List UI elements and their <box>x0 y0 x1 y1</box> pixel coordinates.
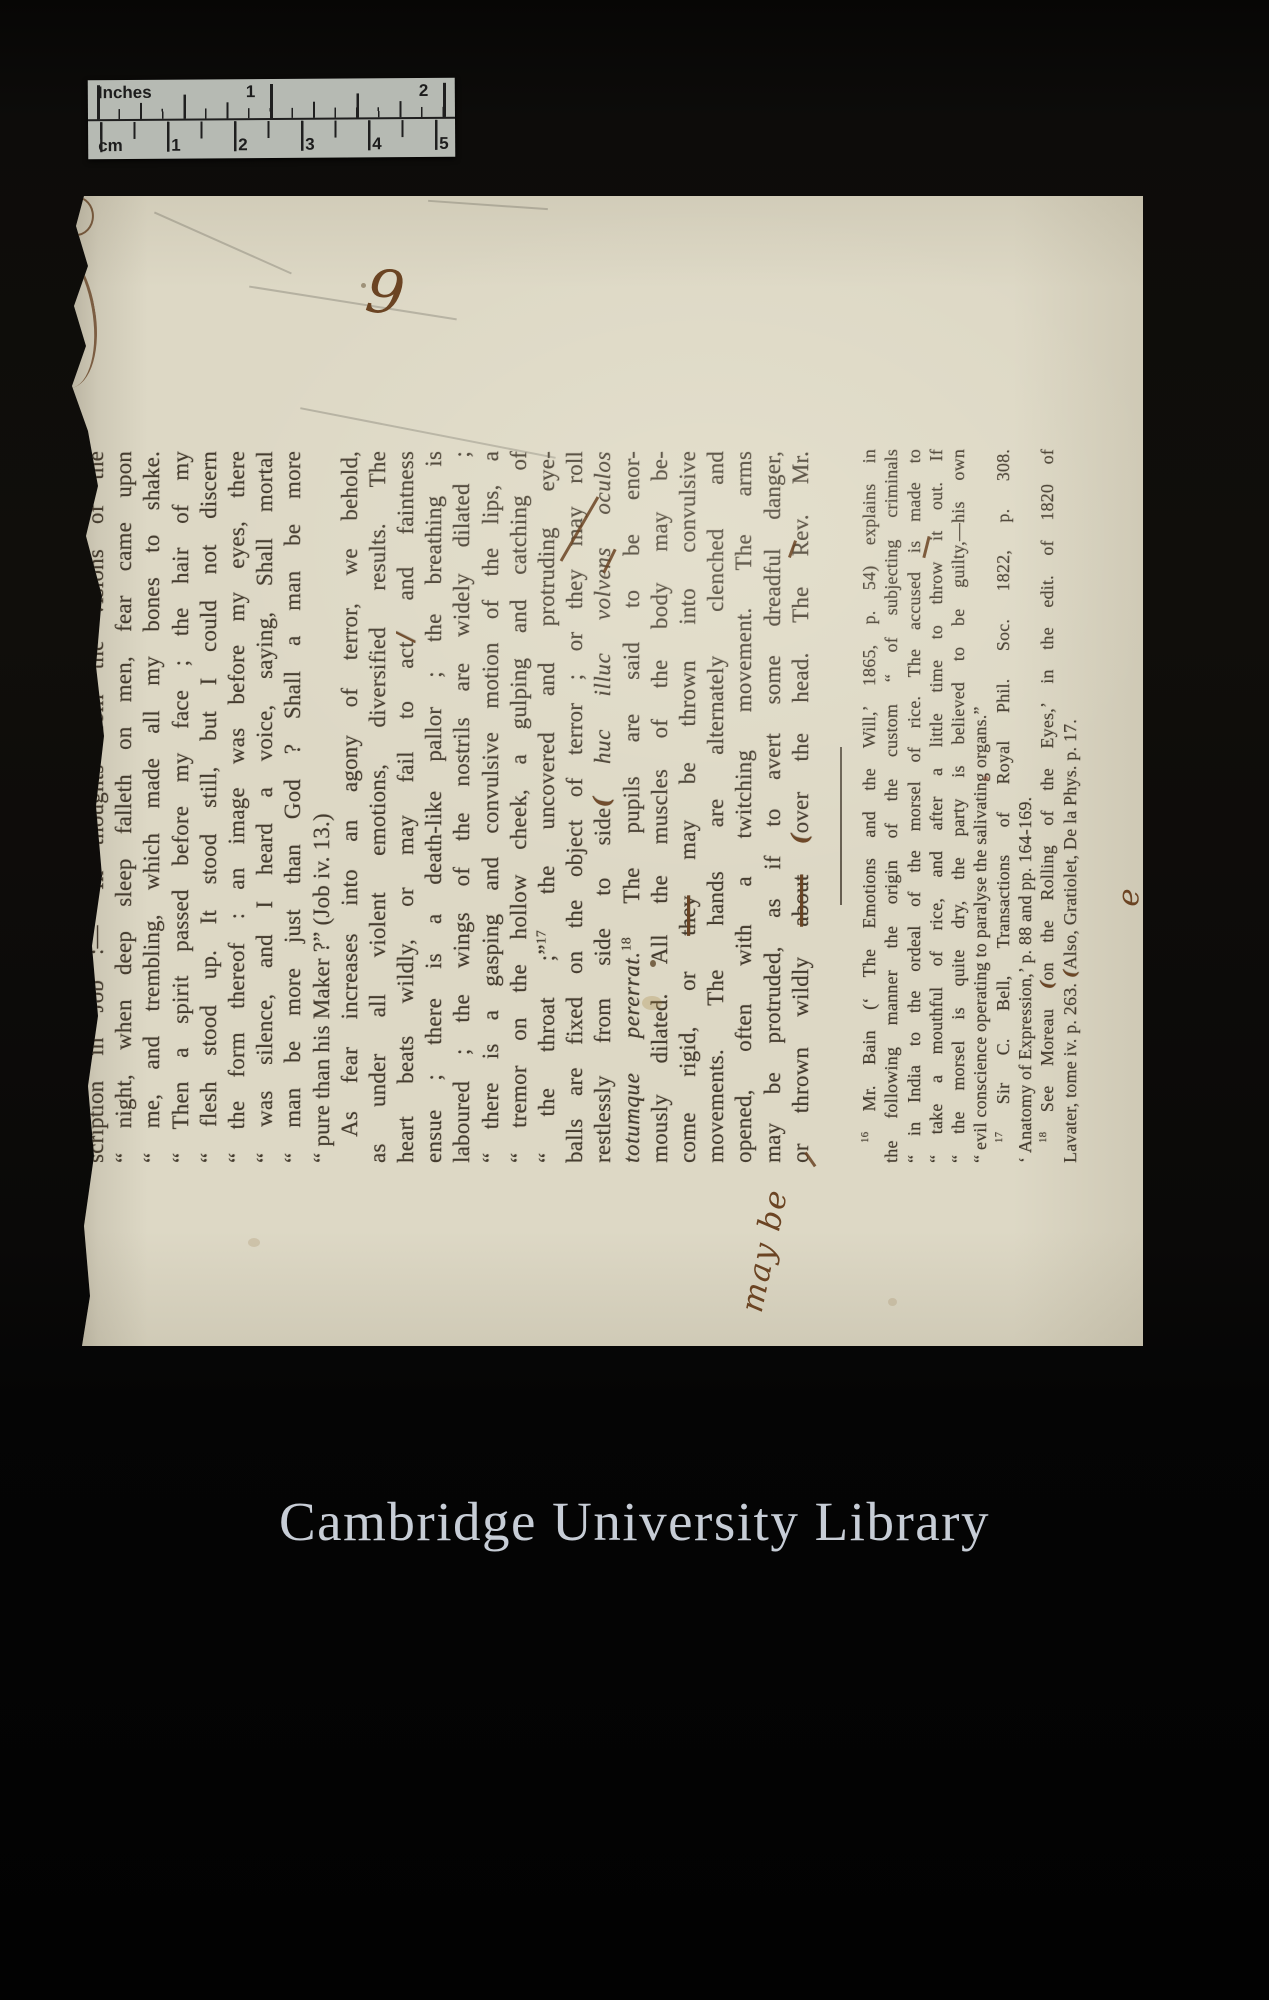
text-line: scription in Job :—“ In thoughts from th… <box>82 451 110 1163</box>
text-line: “ tremor on the hollow cheek, a gulping … <box>505 451 533 1163</box>
text-line: Lavater, tome iv. p. 263. (Also, Gratiol… <box>1059 449 1081 1163</box>
rotated-page-text: scription in Job :—“ In thoughts from th… <box>58 196 1143 1346</box>
footnote-text-block: 16 Mr. Bain (‘ The Emotions and the Will… <box>858 449 1081 1163</box>
text-line: mously dilated. All the muscles of the b… <box>646 451 674 1163</box>
ruler-cm-scale: cm 1 2 3 4 5 <box>88 119 455 159</box>
text-line: “ night, when deep sleep falleth on men,… <box>110 451 138 1163</box>
ruler-cm-number: 4 <box>372 134 382 154</box>
text-line: “ the throat ;”17 the uncovered and prot… <box>533 451 561 1163</box>
text-line: come rigid, or they may be thrown into c… <box>674 451 702 1163</box>
text-line: 16 Mr. Bain (‘ The Emotions and the Will… <box>858 449 880 1163</box>
text-line: 17 Sir C. Bell, Transactions of Royal Ph… <box>992 449 1014 1163</box>
foxing-spot <box>361 283 366 288</box>
footnote-separator-rule <box>840 747 842 905</box>
foxing-spot <box>248 1238 260 1247</box>
text-line: “ the morsel is quite dry, the party is … <box>947 449 969 1163</box>
text-line: may be protruded, as if to avert some dr… <box>759 451 787 1163</box>
library-caption: Cambridge University Library <box>0 1490 1269 1553</box>
ruler-cm-number: 5 <box>439 134 449 154</box>
text-line: “ me, and trembling, which made all my b… <box>138 451 166 1163</box>
text-line: restlessly from side to side( huc illuc … <box>589 451 617 1163</box>
handwritten-e-mark: e <box>1111 887 1147 908</box>
text-line: “ the form thereof : an image was before… <box>223 451 251 1163</box>
ruler-inch-number: 2 <box>419 81 429 101</box>
ruler-inches-scale: Inches 1 2 <box>88 78 455 122</box>
text-line: ensue ; there is a death-like pallor ; t… <box>420 451 448 1163</box>
ruler-inch-number: 1 <box>246 82 256 102</box>
text-line: “ flesh stood up. It stood still, but I … <box>195 451 223 1163</box>
ruler-inches-label: Inches <box>98 83 152 103</box>
text-line: “ Then a spirit passed before my face ; … <box>167 451 195 1163</box>
text-line: or thrown wildly about (over the head. T… <box>787 451 815 1163</box>
ruler-cm-number: 3 <box>305 135 315 155</box>
manuscript-page: scription in Job :—“ In thoughts from th… <box>58 196 1143 1346</box>
text-line: As fear increases into an agony of terro… <box>336 451 364 1163</box>
foxing-spot <box>650 960 656 967</box>
text-line: 18 See Moreau (on the Rolling of the Eye… <box>1036 449 1058 1163</box>
body-text-block: scription in Job :—“ In thoughts from th… <box>82 451 815 1163</box>
text-line: “ pure than his Maker ?” (Job iv. 13.) <box>308 451 336 1163</box>
text-line: heart beats wildly, or may fail to act/ … <box>392 451 420 1163</box>
text-line: movements. The hands are alternately cle… <box>702 451 730 1163</box>
ruler-cm-number: 2 <box>238 135 248 155</box>
text-line: “ there is a gasping and convulsive moti… <box>477 451 505 1163</box>
text-line: balls are fixed on the object of terror … <box>561 451 589 1163</box>
text-line: the following manner the origin of the c… <box>880 449 902 1163</box>
foxing-spot <box>983 776 989 781</box>
text-line: laboured ; the wings of the nostrils are… <box>448 451 476 1163</box>
text-line: “ evil conscience operating to paralyse … <box>969 449 991 1163</box>
text-line: ‘ Anatomy of Expression,’ p. 88 and pp. … <box>1014 449 1036 1163</box>
ruler-cm-number: 1 <box>171 136 181 156</box>
text-line: “ man be more just than God ? Shall a ma… <box>279 451 307 1163</box>
text-line: opened, often with a twitching movement.… <box>730 451 758 1163</box>
library-photograph: Inches 1 2 cm 1 2 3 4 5 scription in Job… <box>0 0 1269 2000</box>
text-line: totumque pererrat.18 The pupils are said… <box>618 451 646 1163</box>
text-line: “ take a mouthful of rice, and after a l… <box>925 449 947 1163</box>
foxing-spot <box>642 996 662 1010</box>
text-line: “ was silence, and I heard a voice, sayi… <box>251 451 279 1163</box>
ruler-cm-label: cm <box>98 136 123 156</box>
foxing-spot <box>888 1298 897 1306</box>
measurement-ruler: Inches 1 2 cm 1 2 3 4 5 <box>88 78 456 160</box>
page-curl-edge <box>1143 196 1197 1346</box>
text-line: as under all violent emotions, diversifi… <box>364 451 392 1163</box>
